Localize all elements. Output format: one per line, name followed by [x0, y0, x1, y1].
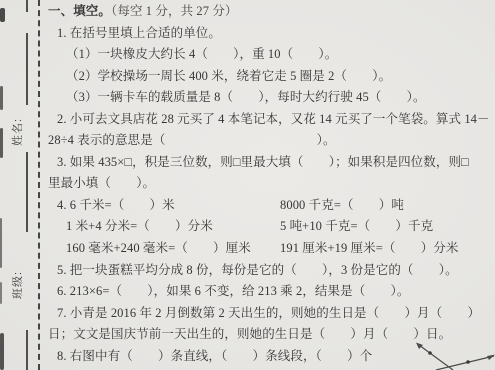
- margin-write-line: [26, 330, 28, 370]
- scan-edge-artifact: [0, 218, 2, 268]
- question-area: 一、填空。（每空 1 分，共 27 分） 1. 在括号里填上合适的单位。 （1）…: [48, 1, 492, 367]
- question-4-row-1: 4. 6 千米=（ ）米8000 千克=（ ）吨: [48, 195, 492, 217]
- scan-edge-artifact: [0, 128, 3, 158]
- question-2-line-1: 2. 小可去文具店花 28 元买了 4 本笔记本，又花 14 元买了一个笔袋。算…: [48, 109, 492, 131]
- question-4-row-2: 1 米+4 分米=（ ）分米5 吨+10 千克=（ ）千克: [48, 216, 492, 238]
- question-4-r2c1: 1 米+4 分米=（ ）分米: [66, 219, 213, 233]
- question-7-line-1: 7. 小青是 2016 年 2 月倒数第 2 天出生的，则她的生日是（ ）月（ …: [48, 303, 492, 325]
- scan-edge-artifact: [0, 86, 3, 110]
- question-1-item-3: （3）一辆卡车的载质量是 8（ ），每时大约行驶 45（ ）。: [48, 87, 492, 109]
- figure-line-1-arrowhead: [416, 343, 423, 350]
- question-8-figure: [403, 341, 495, 370]
- question-4-r1c2: 8000 千克=（ ）吨: [280, 195, 404, 217]
- exam-paper-page: 姓名: 班级: 一、填空。（每空 1 分，共 27 分） 1. 在括号里填上合适…: [0, 0, 495, 370]
- scan-edge-artifact: [0, 282, 2, 304]
- question-1-intro: 1. 在括号里填上合适的单位。: [48, 23, 492, 45]
- scan-edge-artifact: [0, 333, 4, 370]
- question-3-line-2: 里最小填（ ）。: [48, 173, 492, 195]
- question-4-r2c2: 5 吨+10 千克=（ ）千克: [280, 216, 433, 238]
- name-field-label: 姓名:: [9, 110, 23, 154]
- question-5: 5. 把一块蛋糕平均分成 8 份，每份是它的（ ），3 份是它的（ ）。: [48, 260, 492, 282]
- section-title: 一、填空。: [48, 4, 111, 18]
- margin-write-line: [26, 152, 28, 232]
- figure-point-1: [428, 351, 432, 355]
- section-heading: 一、填空。（每空 1 分，共 27 分）: [48, 1, 492, 23]
- scan-edge-artifact: [0, 8, 5, 22]
- question-4-r3c2: 191 厘米+19 厘米=（ ）分米: [280, 238, 459, 260]
- question-6: 6. 213×6=（ ），如果 6 不变，给 213 乘 2，结果是（ ）。: [48, 281, 492, 303]
- class-field-label: 班级:: [9, 263, 23, 307]
- figure-line-2: [436, 356, 494, 370]
- section-points: （每空 1 分，共 27 分）: [111, 4, 238, 18]
- figure-point-2: [466, 360, 470, 364]
- question-1-item-1: （1）一块橡皮大约长 4（ ），重 10（ ）。: [48, 44, 492, 66]
- question-4-row-3: 160 毫米+240 毫米=（ ）厘米191 厘米+19 厘米=（ ）分米: [48, 238, 492, 260]
- binding-dashed-line: [38, 0, 40, 370]
- question-4-r1c1: 4. 6 千米=（ ）米: [57, 198, 175, 212]
- margin-write-line: [26, 0, 28, 12]
- figure-line-2-arrowhead: [487, 355, 495, 360]
- question-3-line-1: 3. 如果 435×□，积是三位数，则□里最大填（ ）；如果积是四位数，则□: [48, 152, 492, 174]
- figure-line-1: [419, 345, 453, 370]
- question-4-r3c1: 160 毫米+240 毫米=（ ）厘米: [66, 241, 251, 255]
- question-1-item-2: （2）学校操场一周长 400 米，绕着它走 5 圈是 2（ ）。: [48, 66, 492, 88]
- margin-write-line: [26, 33, 28, 105]
- question-2-line-2: 28÷4 表示的意思是（ ）。: [48, 130, 492, 152]
